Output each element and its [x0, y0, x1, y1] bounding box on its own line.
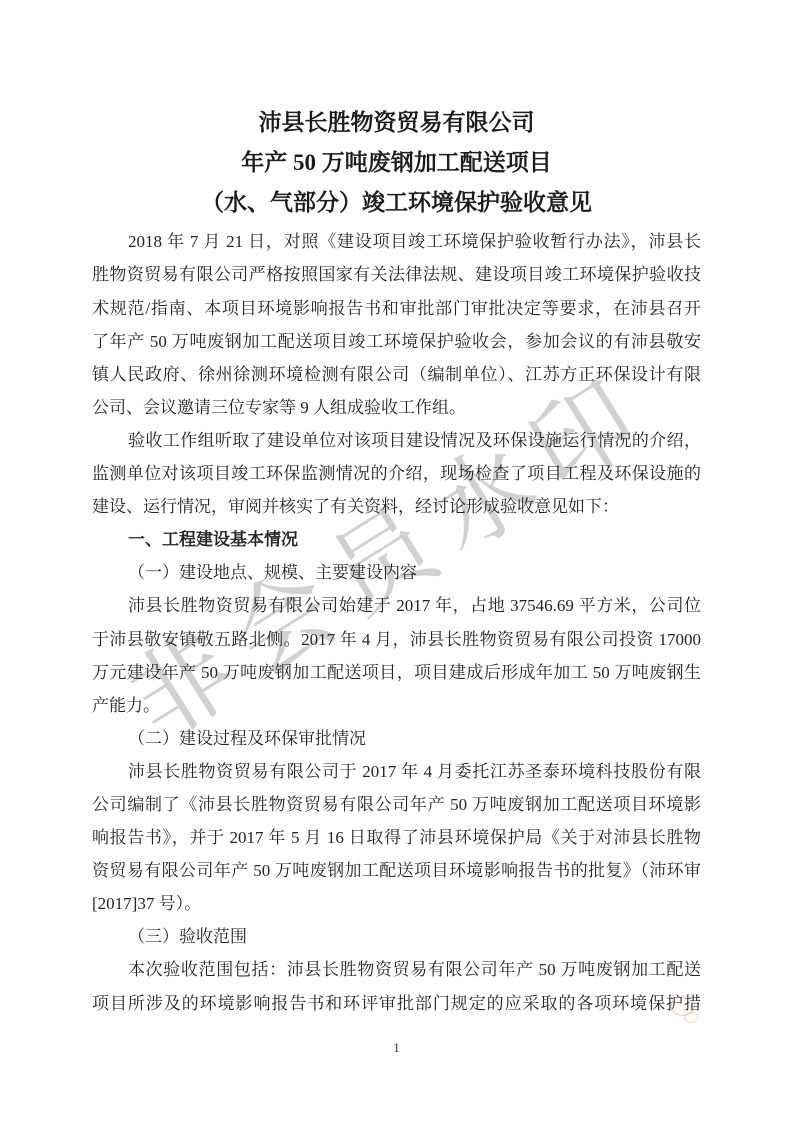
text-line: 监测单位对该项目竣工环保监测情况的介绍，现场检查了项目工程及环保设施的 — [92, 457, 701, 490]
doc-title-line-1: 沛县长胜物资贸易有限公司 — [92, 103, 701, 143]
text-line: 项目所涉及的环境影响报告书和环评审批部门规定的应采取的各项环境保护措 — [92, 987, 701, 1020]
document-body: 2018 年 7 月 21 日，对照《建设项目竣工环境保护验收暂行办法》，沛县长… — [92, 225, 701, 1019]
text-line: 2018 年 7 月 21 日，对照《建设项目竣工环境保护验收暂行办法》，沛县长 — [92, 225, 701, 258]
document-title-block: 沛县长胜物资贸易有限公司 年产 50 万吨废钢加工配送项目 （水、气部分）竣工环… — [92, 103, 701, 223]
scan-artifact — [684, 1012, 698, 1023]
text-line: 了年产 50 万吨废钢加工配送项目竣工环境保护验收会，参加会议的有沛县敬安 — [92, 325, 701, 358]
section-heading-1: 一、工程建设基本情况 — [92, 523, 701, 556]
doc-title-line-3: （水、气部分）竣工环境保护验收意见 — [92, 183, 701, 223]
text-line: 公司编制了《沛县长胜物资贸易有限公司年产 50 万吨废钢加工配送项目环境影 — [92, 788, 701, 821]
sub-heading-1: （一）建设地点、规模、主要建设内容 — [92, 556, 701, 589]
text-line: 万元建设年产 50 万吨废钢加工配送项目，项目建成后形成年加工 50 万吨废钢生 — [92, 656, 701, 689]
text-line: 资贸易有限公司年产 50 万吨废钢加工配送项目环境影响报告书的批复》（沛环审 — [92, 854, 701, 887]
text-line: 产能力。 — [92, 689, 701, 722]
sub-heading-3: （三）验收范围 — [92, 920, 701, 953]
text-line: 响报告书》，并于 2017 年 5 月 16 日取得了沛县环境保护局《关于对沛县… — [92, 821, 701, 854]
text-line: 建设、运行情况，审阅并核实了有关资料，经讨论形成验收意见如下： — [92, 490, 701, 523]
text-line: 镇人民政府、徐州徐测环境检测有限公司（编制单位）、江苏方正环保设计有限 — [92, 358, 701, 391]
sub-heading-2: （二）建设过程及环保审批情况 — [92, 722, 701, 755]
text-line: 沛县长胜物资贸易有限公司始建于 2017 年，占地 37546.69 平方米，公… — [92, 589, 701, 622]
document-page: 非会员水印 沛县长胜物资贸易有限公司 年产 50 万吨废钢加工配送项目 （水、气… — [0, 0, 793, 1122]
text-line: 本次验收范围包括：沛县长胜物资贸易有限公司年产 50 万吨废钢加工配送 — [92, 953, 701, 986]
text-line: [2017]37 号）。 — [92, 887, 701, 920]
text-line: 公司、会议邀请三位专家等 9 人组成验收工作组。 — [92, 391, 701, 424]
text-line: 胜物资贸易有限公司严格按照国家有关法律法规、建设项目竣工环境保护验收技 — [92, 258, 701, 291]
text-line: 术规范/指南、本项目环境影响报告书和审批部门审批决定等要求，在沛县召开 — [92, 292, 701, 325]
text-line: 沛县长胜物资贸易有限公司于 2017 年 4 月委托江苏圣泰环境科技股份有限 — [92, 755, 701, 788]
page-number: 1 — [0, 1038, 793, 1058]
text-line: 于沛县敬安镇敬五路北侧。2017 年 4 月，沛县长胜物资贸易有限公司投资 17… — [92, 623, 701, 656]
text-line: 验收工作组听取了建设单位对该项目建设情况及环保设施运行情况的介绍， — [92, 424, 701, 457]
doc-title-line-2: 年产 50 万吨废钢加工配送项目 — [92, 143, 701, 183]
